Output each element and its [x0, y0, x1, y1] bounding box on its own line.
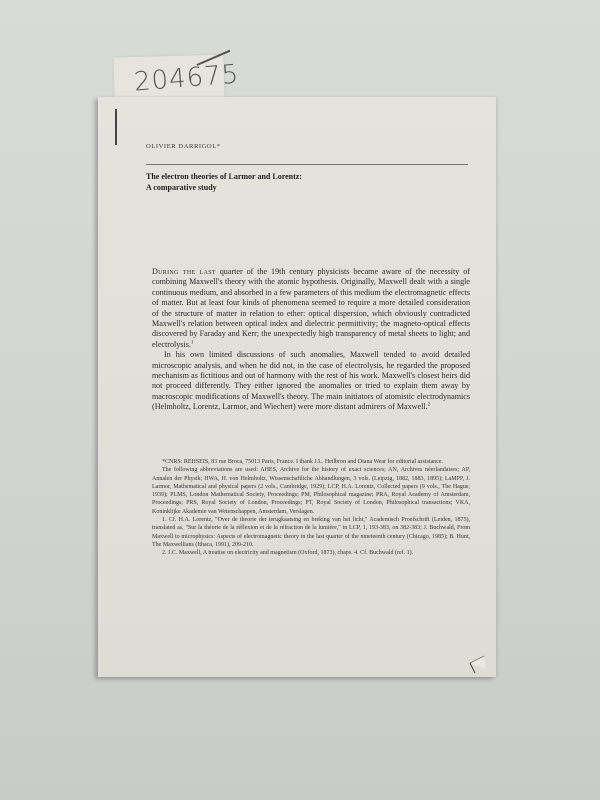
margin-pen-mark	[115, 109, 117, 145]
title-line-2: A comparative study	[146, 183, 466, 194]
paragraph-1: During the last quarter of the 19th cent…	[152, 267, 470, 350]
title-line-1: The electron theories of Larmor and Lore…	[146, 172, 466, 183]
footnote-2: 2. J.C. Maxwell, A treatise on electrici…	[152, 549, 470, 557]
footnote-ref-2: 2	[428, 403, 431, 408]
article-title: The electron theories of Larmor and Lore…	[146, 172, 466, 193]
paragraph-lead: During the last	[152, 267, 216, 276]
header-rule	[146, 164, 468, 165]
footnotes: *CNRS: REHSEIS, 83 rue Broca, 75013 Pari…	[152, 458, 470, 558]
footnote-1: 1. Cf. H.A. Lorentz, "Over de theorie de…	[152, 516, 470, 549]
body-text: During the last quarter of the 19th cent…	[152, 267, 470, 413]
paper-offprint-page: OLIVIER DARRIGOL* The electron theories …	[98, 97, 496, 677]
paragraph-2: In his own limited discussions of such a…	[152, 350, 470, 412]
footnote-abbreviations: The following abbreviations are used: AH…	[152, 466, 470, 516]
author-name: OLIVIER DARRIGOL*	[146, 143, 221, 150]
handwritten-catalog-number: 204675	[133, 59, 240, 97]
footnote-ref-1: 1	[191, 340, 194, 345]
folded-corner	[462, 653, 490, 677]
footnote-affiliation: *CNRS: REHSEIS, 83 rue Broca, 75013 Pari…	[152, 458, 470, 466]
